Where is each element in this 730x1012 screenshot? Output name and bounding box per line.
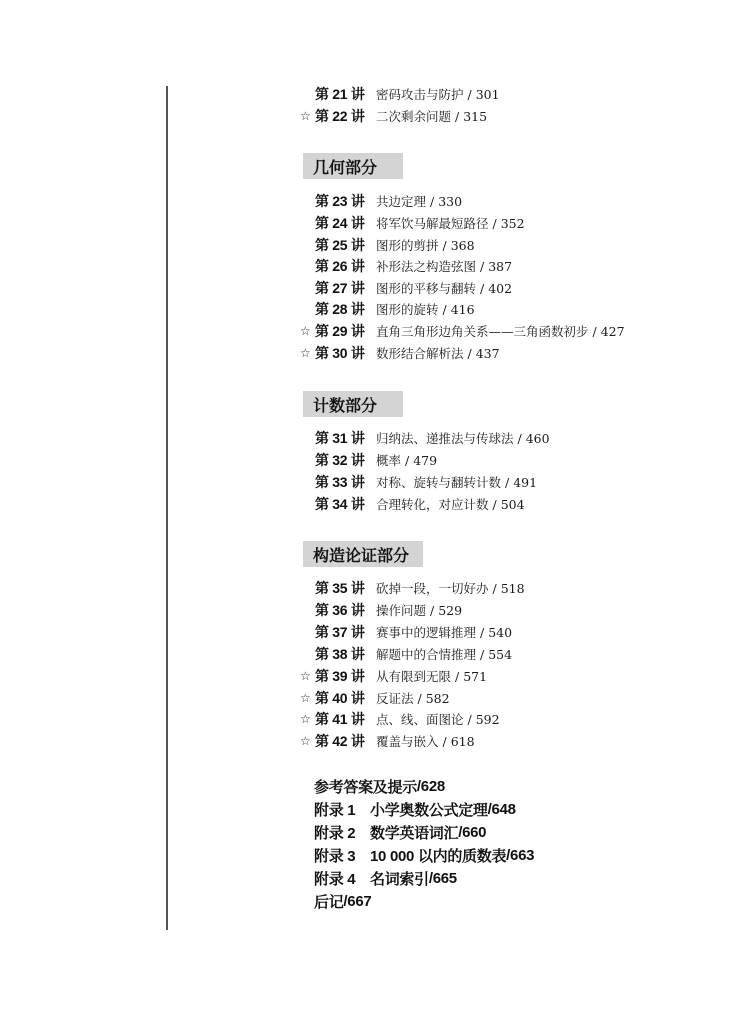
page-number: 618: [451, 734, 475, 749]
lecture-number: 第 37 讲: [315, 622, 365, 642]
section-heading-construction-proof: 构造论证部分: [303, 541, 423, 567]
back-matter-afterword[interactable]: 后记 / 667: [314, 890, 371, 912]
optional-star-icon: ☆: [300, 324, 314, 338]
lecture-number: 第 24 讲: [315, 213, 365, 233]
page-separator: /: [426, 194, 438, 209]
lecture-title: 点、线、面图论: [376, 712, 464, 727]
page-number: 665: [433, 870, 457, 887]
appendix-label: 附录 2: [314, 822, 370, 843]
back-matter-title: 后记: [314, 891, 343, 912]
page-separator: /: [489, 216, 501, 231]
page-number: 504: [501, 497, 525, 512]
page-separator: /: [464, 87, 476, 102]
appendix-label: 附录 1: [314, 799, 370, 820]
back-matter-title: 数学英语词汇: [370, 822, 458, 843]
page-number: 416: [451, 302, 475, 317]
back-matter-appendix-3[interactable]: 附录 310 000 以内的质数表 / 663: [314, 844, 534, 866]
lecture-number: 第 31 讲: [315, 428, 365, 448]
page-separator: /: [489, 497, 501, 512]
lecture-title-line: 操作问题 / 529: [376, 601, 462, 619]
lecture-number: 第 29 讲: [315, 321, 365, 341]
lecture-title-line: 合理转化，对应计数 / 504: [376, 495, 525, 513]
lecture-title-line: 图形的平移与翻转 / 402: [376, 279, 512, 297]
lecture-number: 第 42 讲: [315, 731, 365, 751]
lecture-number: 第 27 讲: [315, 278, 365, 298]
lecture-title-line: 补形法之构造弦图 / 387: [376, 257, 512, 275]
page-number: 479: [413, 453, 437, 468]
lecture-title: 密码攻击与防护: [376, 87, 464, 102]
page-separator: /: [439, 238, 451, 253]
page-separator: /: [401, 453, 413, 468]
lecture-title-line: 将军饮马解最短路径 / 352: [376, 214, 525, 232]
lecture-title: 将军饮马解最短路径: [376, 216, 489, 231]
optional-star-icon: ☆: [300, 109, 314, 123]
page-separator: /: [414, 691, 426, 706]
appendix-label: 附录 4: [314, 868, 370, 889]
lecture-title: 砍掉一段，一切好办: [376, 581, 489, 596]
back-matter-answers[interactable]: 参考答案及提示 / 628: [314, 775, 445, 797]
section-heading-geometry: 几何部分: [303, 153, 403, 179]
lecture-title: 图形的剪拼: [376, 238, 439, 253]
page-separator: /: [589, 324, 601, 339]
lecture-number: 第 35 讲: [315, 578, 365, 598]
page-number: 437: [476, 346, 500, 361]
lecture-number: 第 34 讲: [315, 494, 365, 514]
lecture-number: 第 33 讲: [315, 472, 365, 492]
back-matter-title: 参考答案及提示: [314, 776, 417, 797]
lecture-title: 共边定理: [376, 194, 426, 209]
page-number: 592: [476, 712, 500, 727]
back-matter-appendix-1[interactable]: 附录 1小学奥数公式定理 / 648: [314, 798, 516, 820]
page-number: 529: [438, 603, 462, 618]
page-number: 648: [491, 801, 515, 818]
lecture-number: 第 30 讲: [315, 343, 365, 363]
back-matter-title: 名词索引: [370, 868, 429, 889]
lecture-title: 归纳法、递推法与传球法: [376, 431, 514, 446]
lecture-title: 解题中的合情推理: [376, 647, 476, 662]
lecture-title-line: 对称、旋转与翻转计数 / 491: [376, 473, 537, 491]
page-separator: /: [464, 346, 476, 361]
page-separator: /: [451, 109, 463, 124]
page-number: 571: [463, 669, 487, 684]
lecture-title: 直角三角形边角关系——三角函数初步: [376, 324, 589, 339]
lecture-number: 第 38 讲: [315, 644, 365, 664]
page-separator: /: [501, 475, 513, 490]
lecture-title: 补形法之构造弦图: [376, 259, 476, 274]
lecture-number: 第 41 讲: [315, 709, 365, 729]
lecture-number: 第 39 讲: [315, 666, 365, 686]
lecture-number: 第 28 讲: [315, 299, 365, 319]
page-number: 330: [438, 194, 462, 209]
appendix-label: 附录 3: [314, 845, 370, 866]
back-matter-appendix-2[interactable]: 附录 2数学英语词汇 / 660: [314, 821, 486, 843]
back-matter-appendix-4[interactable]: 附录 4名词索引 / 665: [314, 867, 457, 889]
page-number: 460: [526, 431, 550, 446]
lecture-title-line: 二次剩余问题 / 315: [376, 107, 487, 125]
page-number: 540: [488, 625, 512, 640]
lecture-title-line: 解题中的合情推理 / 554: [376, 645, 512, 663]
page-separator: /: [464, 712, 476, 727]
lecture-title-line: 共边定理 / 330: [376, 192, 462, 210]
lecture-title: 从有限到无限: [376, 669, 451, 684]
optional-star-icon: ☆: [300, 712, 314, 726]
lecture-title-line: 反证法 / 582: [376, 689, 450, 707]
page-separator: /: [439, 734, 451, 749]
lecture-number: 第 25 讲: [315, 235, 365, 255]
lecture-title-line: 直角三角形边角关系——三角函数初步 / 427: [376, 322, 625, 340]
page-separator: /: [476, 647, 488, 662]
lecture-number: 第 36 讲: [315, 600, 365, 620]
optional-star-icon: ☆: [300, 734, 314, 748]
lecture-title: 二次剩余问题: [376, 109, 451, 124]
lecture-title: 操作问题: [376, 603, 426, 618]
lecture-number: 第 22 讲: [315, 106, 365, 126]
page-number: 491: [513, 475, 537, 490]
page-number: 301: [476, 87, 500, 102]
lecture-title-line: 概率 / 479: [376, 451, 437, 469]
lecture-title-line: 密码攻击与防护 / 301: [376, 85, 500, 103]
lecture-title-line: 从有限到无限 / 571: [376, 667, 487, 685]
lecture-number: 第 26 讲: [315, 256, 365, 276]
page-separator: /: [426, 603, 438, 618]
lecture-title-line: 点、线、面图论 / 592: [376, 710, 500, 728]
lecture-title: 合理转化，对应计数: [376, 497, 489, 512]
page-number: 352: [501, 216, 525, 231]
page-separator: /: [476, 625, 488, 640]
lecture-title-line: 归纳法、递推法与传球法 / 460: [376, 429, 550, 447]
lecture-title-line: 砍掉一段，一切好办 / 518: [376, 579, 525, 597]
page-separator: /: [476, 281, 488, 296]
page-separator: /: [514, 431, 526, 446]
optional-star-icon: ☆: [300, 669, 314, 683]
lecture-number: 第 32 讲: [315, 450, 365, 470]
back-matter-title: 10 000 以内的质数表: [370, 845, 506, 866]
page-number: 628: [421, 778, 445, 795]
lecture-title: 覆盖与嵌入: [376, 734, 439, 749]
lecture-title-line: 数形结合解析法 / 437: [376, 344, 500, 362]
page-number: 427: [601, 324, 625, 339]
page-number: 315: [463, 109, 487, 124]
page-number: 582: [426, 691, 450, 706]
vertical-margin-rule: [166, 86, 168, 930]
page-separator: /: [451, 669, 463, 684]
optional-star-icon: ☆: [300, 691, 314, 705]
page-separator: /: [489, 581, 501, 596]
lecture-title-line: 图形的剪拼 / 368: [376, 236, 475, 254]
lecture-title: 反证法: [376, 691, 414, 706]
lecture-title-line: 覆盖与嵌入 / 618: [376, 732, 475, 750]
page-number: 667: [347, 893, 371, 910]
page-separator: /: [476, 259, 488, 274]
page-number: 518: [501, 581, 525, 596]
lecture-number: 第 40 讲: [315, 688, 365, 708]
lecture-title: 概率: [376, 453, 401, 468]
lecture-title: 赛事中的逻辑推理: [376, 625, 476, 640]
page-number: 663: [510, 847, 534, 864]
page-number: 554: [488, 647, 512, 662]
lecture-title: 图形的旋转: [376, 302, 439, 317]
lecture-number: 第 23 讲: [315, 191, 365, 211]
lecture-title: 对称、旋转与翻转计数: [376, 475, 501, 490]
page-number: 368: [451, 238, 475, 253]
page-number: 387: [488, 259, 512, 274]
lecture-number: 第 21 讲: [315, 84, 365, 104]
lecture-title-line: 图形的旋转 / 416: [376, 300, 475, 318]
section-heading-counting: 计数部分: [303, 391, 403, 417]
page-number: 660: [462, 824, 486, 841]
lecture-title-line: 赛事中的逻辑推理 / 540: [376, 623, 512, 641]
lecture-title: 图形的平移与翻转: [376, 281, 476, 296]
optional-star-icon: ☆: [300, 346, 314, 360]
back-matter-title: 小学奥数公式定理: [370, 799, 488, 820]
page-separator: /: [439, 302, 451, 317]
page-number: 402: [488, 281, 512, 296]
lecture-title: 数形结合解析法: [376, 346, 464, 361]
